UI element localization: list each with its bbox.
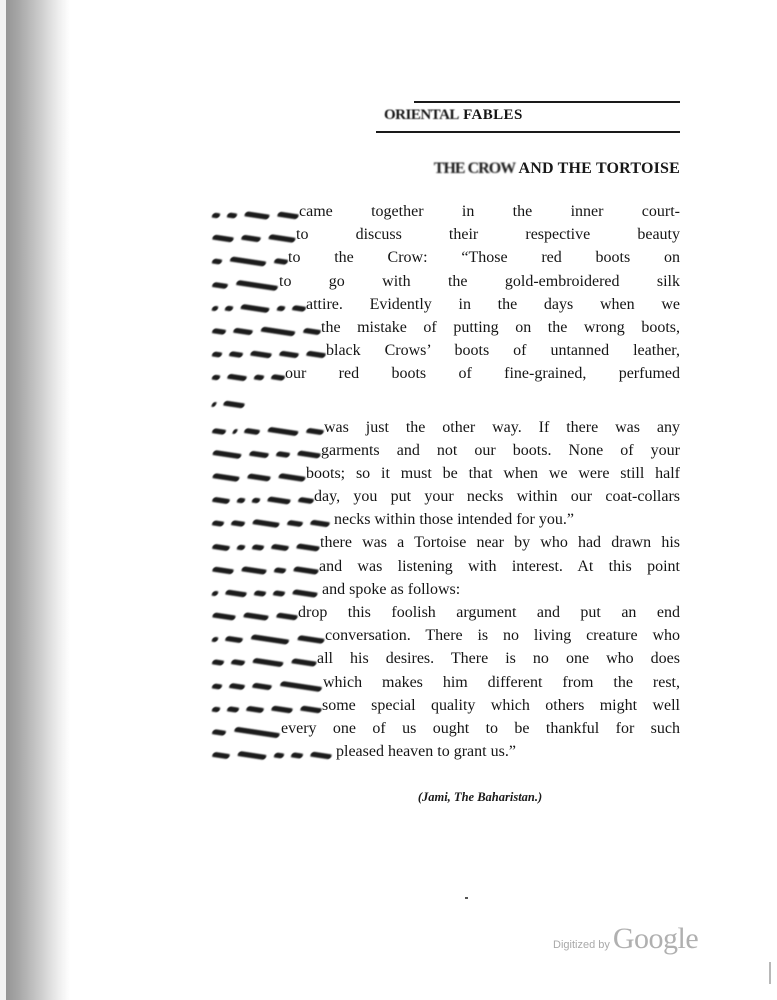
scan-speck <box>465 897 468 899</box>
ink-smudge <box>226 706 240 713</box>
text-line: pleased heaven to grant us.” <box>212 740 680 763</box>
ink-smudge <box>291 589 318 598</box>
ink-smudge <box>242 612 269 621</box>
ink-smudge-group <box>212 647 317 670</box>
fable-body-text: came together in the inner court-to disc… <box>212 200 680 763</box>
ink-smudge-group <box>212 485 314 508</box>
story-title-smeared: THE CROW <box>434 160 515 177</box>
ink-smudge <box>290 659 317 668</box>
ink-smudge <box>246 473 271 481</box>
ink-smudge <box>230 520 246 527</box>
ink-smudge <box>232 328 254 336</box>
ink-smudge <box>297 635 326 644</box>
ink-smudge <box>232 428 239 434</box>
ink-smudge-group <box>212 555 319 578</box>
text-line: our red boots of fine-grained, perfumed <box>212 362 680 385</box>
text-line: attire. Evidently in the days when we <box>212 293 680 316</box>
line-text: our red boots of fine-grained, perfumed <box>285 362 680 385</box>
ink-smudge <box>229 257 267 267</box>
ink-smudge <box>290 752 304 759</box>
ink-smudge <box>309 520 331 528</box>
running-head: ORIENTAL FABLES <box>384 107 523 124</box>
ink-smudge <box>212 473 241 482</box>
header-rule-bottom <box>376 131 680 133</box>
ink-smudge <box>292 566 319 575</box>
ink-smudge-group <box>212 223 296 246</box>
ink-smudge <box>228 351 244 358</box>
ink-smudge <box>211 683 223 689</box>
line-text: to discuss their respective beauty <box>296 223 680 246</box>
ink-smudge <box>305 351 327 359</box>
ink-smudge-group <box>212 508 330 531</box>
ink-smudge <box>251 544 265 551</box>
ink-smudge <box>295 543 320 551</box>
line-text: and spoke as follows: <box>318 578 680 601</box>
ink-smudge <box>243 211 270 220</box>
ink-smudge <box>266 497 291 505</box>
line-text: was just the other way. If there was any <box>324 416 680 439</box>
ink-smudge <box>297 497 315 504</box>
ink-smudge <box>211 428 227 435</box>
ink-smudge <box>248 450 270 458</box>
text-line: black Crows’ boots of untanned leather, <box>212 339 680 362</box>
ink-smudge <box>212 450 243 459</box>
ink-smudge <box>240 235 262 243</box>
line-text: to the Crow: “Those red boots on <box>288 246 680 269</box>
ink-smudge-group <box>212 717 281 740</box>
ink-smudge <box>211 706 221 712</box>
ink-smudge <box>253 375 265 381</box>
ink-smudge <box>296 450 321 458</box>
ink-smudge <box>211 660 225 667</box>
ink-smudge <box>222 400 245 408</box>
ink-smudge-group <box>212 386 245 416</box>
ink-smudge <box>211 591 220 597</box>
ink-smudge <box>275 613 298 621</box>
ink-smudge <box>240 304 271 313</box>
running-head-text: FABLES <box>463 107 523 123</box>
ink-smudge <box>273 753 285 759</box>
text-line: to the Crow: “Those red boots on <box>212 246 680 269</box>
text-line: to go with the gold-embroidered silk <box>212 270 680 293</box>
scan-page-edge <box>0 0 6 1000</box>
text-line: was just the other way. If there was any <box>212 416 680 439</box>
ink-smudge <box>302 328 322 335</box>
ink-smudge-group <box>212 200 299 223</box>
text-line: and spoke as follows: <box>212 578 680 601</box>
line-text: every one of us ought to be thankful for… <box>281 717 680 740</box>
watermark-prefix: Digitized by <box>553 939 610 951</box>
ink-smudge <box>226 374 248 382</box>
ink-smudge <box>305 427 325 434</box>
text-line: to discuss their respective beauty <box>212 223 680 246</box>
text-line: there was a Tortoise near by who had dra… <box>212 531 680 554</box>
ink-smudge <box>272 590 286 597</box>
ink-smudge <box>211 566 234 574</box>
ink-smudge-group <box>212 531 320 554</box>
text-line: garments and not our boots. None of your <box>212 439 680 462</box>
line-text <box>245 386 680 416</box>
ink-smudge <box>233 727 280 739</box>
ink-smudge-group <box>212 270 279 293</box>
ink-smudge <box>268 234 297 243</box>
ink-smudge-group <box>212 462 306 485</box>
text-line: every one of us ought to be thankful for… <box>212 717 680 740</box>
ink-smudge <box>224 305 234 311</box>
ink-smudge <box>249 351 272 359</box>
ink-smudge <box>226 212 238 218</box>
ink-smudge <box>211 752 231 759</box>
ink-smudge <box>251 682 273 690</box>
ink-smudge-group <box>212 694 322 717</box>
line-text: there was a Tortoise near by who had dra… <box>320 531 680 554</box>
line-text: conversation. There is no living creatur… <box>325 624 680 647</box>
ink-smudge <box>236 498 246 504</box>
text-line: conversation. There is no living creatur… <box>212 624 680 647</box>
ink-smudge-group <box>212 578 318 601</box>
ink-smudge <box>228 683 246 690</box>
ink-smudge-group <box>212 624 325 647</box>
text-line: came together in the inner court- <box>212 200 680 223</box>
ink-smudge <box>276 305 286 311</box>
ink-smudge-group <box>212 246 288 269</box>
text-line: all his desires. There is no one who doe… <box>212 647 680 670</box>
line-text: some special quality which others might … <box>322 694 680 717</box>
ink-smudge <box>273 259 289 266</box>
ink-smudge <box>211 612 236 620</box>
ink-smudge <box>245 706 265 713</box>
ink-smudge <box>211 282 229 289</box>
ink-smudge <box>291 305 307 312</box>
ink-smudge <box>309 752 332 760</box>
ink-smudge <box>270 543 290 550</box>
line-text: drop this foolish argument and put an en… <box>298 601 680 624</box>
ink-smudge-group <box>212 416 324 439</box>
story-title-text: AND THE TORTOISE <box>518 160 680 177</box>
ink-smudge <box>260 327 296 337</box>
ink-smudge <box>299 705 322 713</box>
line-text: garments and not our boots. None of your <box>321 439 680 462</box>
header-rule-top <box>414 101 680 103</box>
ink-smudge <box>237 751 268 760</box>
ink-smudge-group <box>212 601 298 624</box>
ink-smudge <box>286 520 304 527</box>
ink-smudge-group <box>212 671 323 694</box>
line-text: pleased heaven to grant us.” <box>332 740 680 763</box>
ink-smudge <box>211 497 231 504</box>
ink-smudge <box>211 213 221 219</box>
ink-smudge <box>211 543 231 550</box>
ink-smudge <box>275 451 291 458</box>
text-line: some special quality which others might … <box>212 694 680 717</box>
text-line: which makes him different from the rest, <box>212 671 680 694</box>
ink-smudge <box>273 567 287 574</box>
scan-edge-mark <box>769 962 771 984</box>
ink-smudge <box>240 566 267 575</box>
line-text: attire. Evidently in the days when we <box>306 293 680 316</box>
ink-smudge <box>243 428 261 435</box>
text-line: day, you put your necks within our coat-… <box>212 485 680 508</box>
ink-smudge <box>211 328 227 335</box>
google-logo-text: Google <box>613 922 698 956</box>
ink-smudge <box>211 259 223 265</box>
ink-smudge <box>211 375 221 381</box>
ink-smudge <box>250 635 290 646</box>
text-line: necks within those intended for you.” <box>212 508 680 531</box>
text-line: drop this foolish argument and put an en… <box>212 601 680 624</box>
ink-smudge-group <box>212 293 306 316</box>
ink-smudge <box>251 498 261 504</box>
ink-smudge-group <box>212 316 321 339</box>
ink-smudge <box>224 636 244 643</box>
ink-smudge <box>211 402 218 408</box>
running-head-smeared: ORIENTAL <box>384 107 459 123</box>
ink-smudge-group <box>212 362 285 385</box>
ink-smudge <box>253 590 267 597</box>
text-line: boots; so it must be that when we were s… <box>212 462 680 485</box>
ink-smudge-group <box>212 740 332 763</box>
line-text: boots; so it must be that when we were s… <box>306 462 680 485</box>
line-text: and was listening with interest. At this… <box>319 555 680 578</box>
ink-smudge <box>224 589 247 597</box>
line-text: to go with the gold-embroidered silk <box>279 270 680 293</box>
ink-smudge <box>230 660 246 667</box>
scan-gutter-shadow <box>0 0 70 1000</box>
ink-smudge <box>235 280 279 291</box>
ink-smudge <box>270 374 286 381</box>
source-citation: (Jami, The Baharistan.) <box>360 790 600 805</box>
ink-smudge <box>270 705 293 713</box>
text-line: the mistake of putting on the wrong boot… <box>212 316 680 339</box>
line-text: all his desires. There is no one who doe… <box>317 647 680 670</box>
ink-smudge <box>252 519 281 528</box>
ink-smudge <box>211 729 227 736</box>
ink-smudge <box>211 305 220 311</box>
line-text: black Crows’ boots of untanned leather, <box>326 339 680 362</box>
text-line: and was listening with interest. At this… <box>212 555 680 578</box>
ink-smudge <box>276 212 299 220</box>
ink-smudge <box>278 351 300 359</box>
ink-smudge <box>252 658 285 667</box>
ink-smudge <box>279 681 323 692</box>
ink-smudge <box>211 352 223 358</box>
ink-smudge <box>278 473 307 482</box>
story-title: THE CROW AND THE TORTOISE <box>300 160 680 178</box>
ink-smudge <box>211 637 220 643</box>
ink-smudge-group <box>212 439 321 462</box>
ink-smudge-group <box>212 339 326 362</box>
line-text: day, you put your necks within our coat-… <box>314 485 680 508</box>
ink-smudge <box>211 235 234 243</box>
digitized-by-google-watermark: Digitized by Google <box>553 922 698 956</box>
text-line <box>212 386 680 416</box>
ink-smudge <box>236 544 246 550</box>
line-text: which makes him different from the rest, <box>323 671 680 694</box>
ink-smudge <box>211 521 225 528</box>
ink-smudge <box>267 426 300 435</box>
line-text: necks within those intended for you.” <box>330 508 680 531</box>
line-text: the mistake of putting on the wrong boot… <box>321 316 680 339</box>
line-text: came together in the inner court- <box>299 200 680 223</box>
